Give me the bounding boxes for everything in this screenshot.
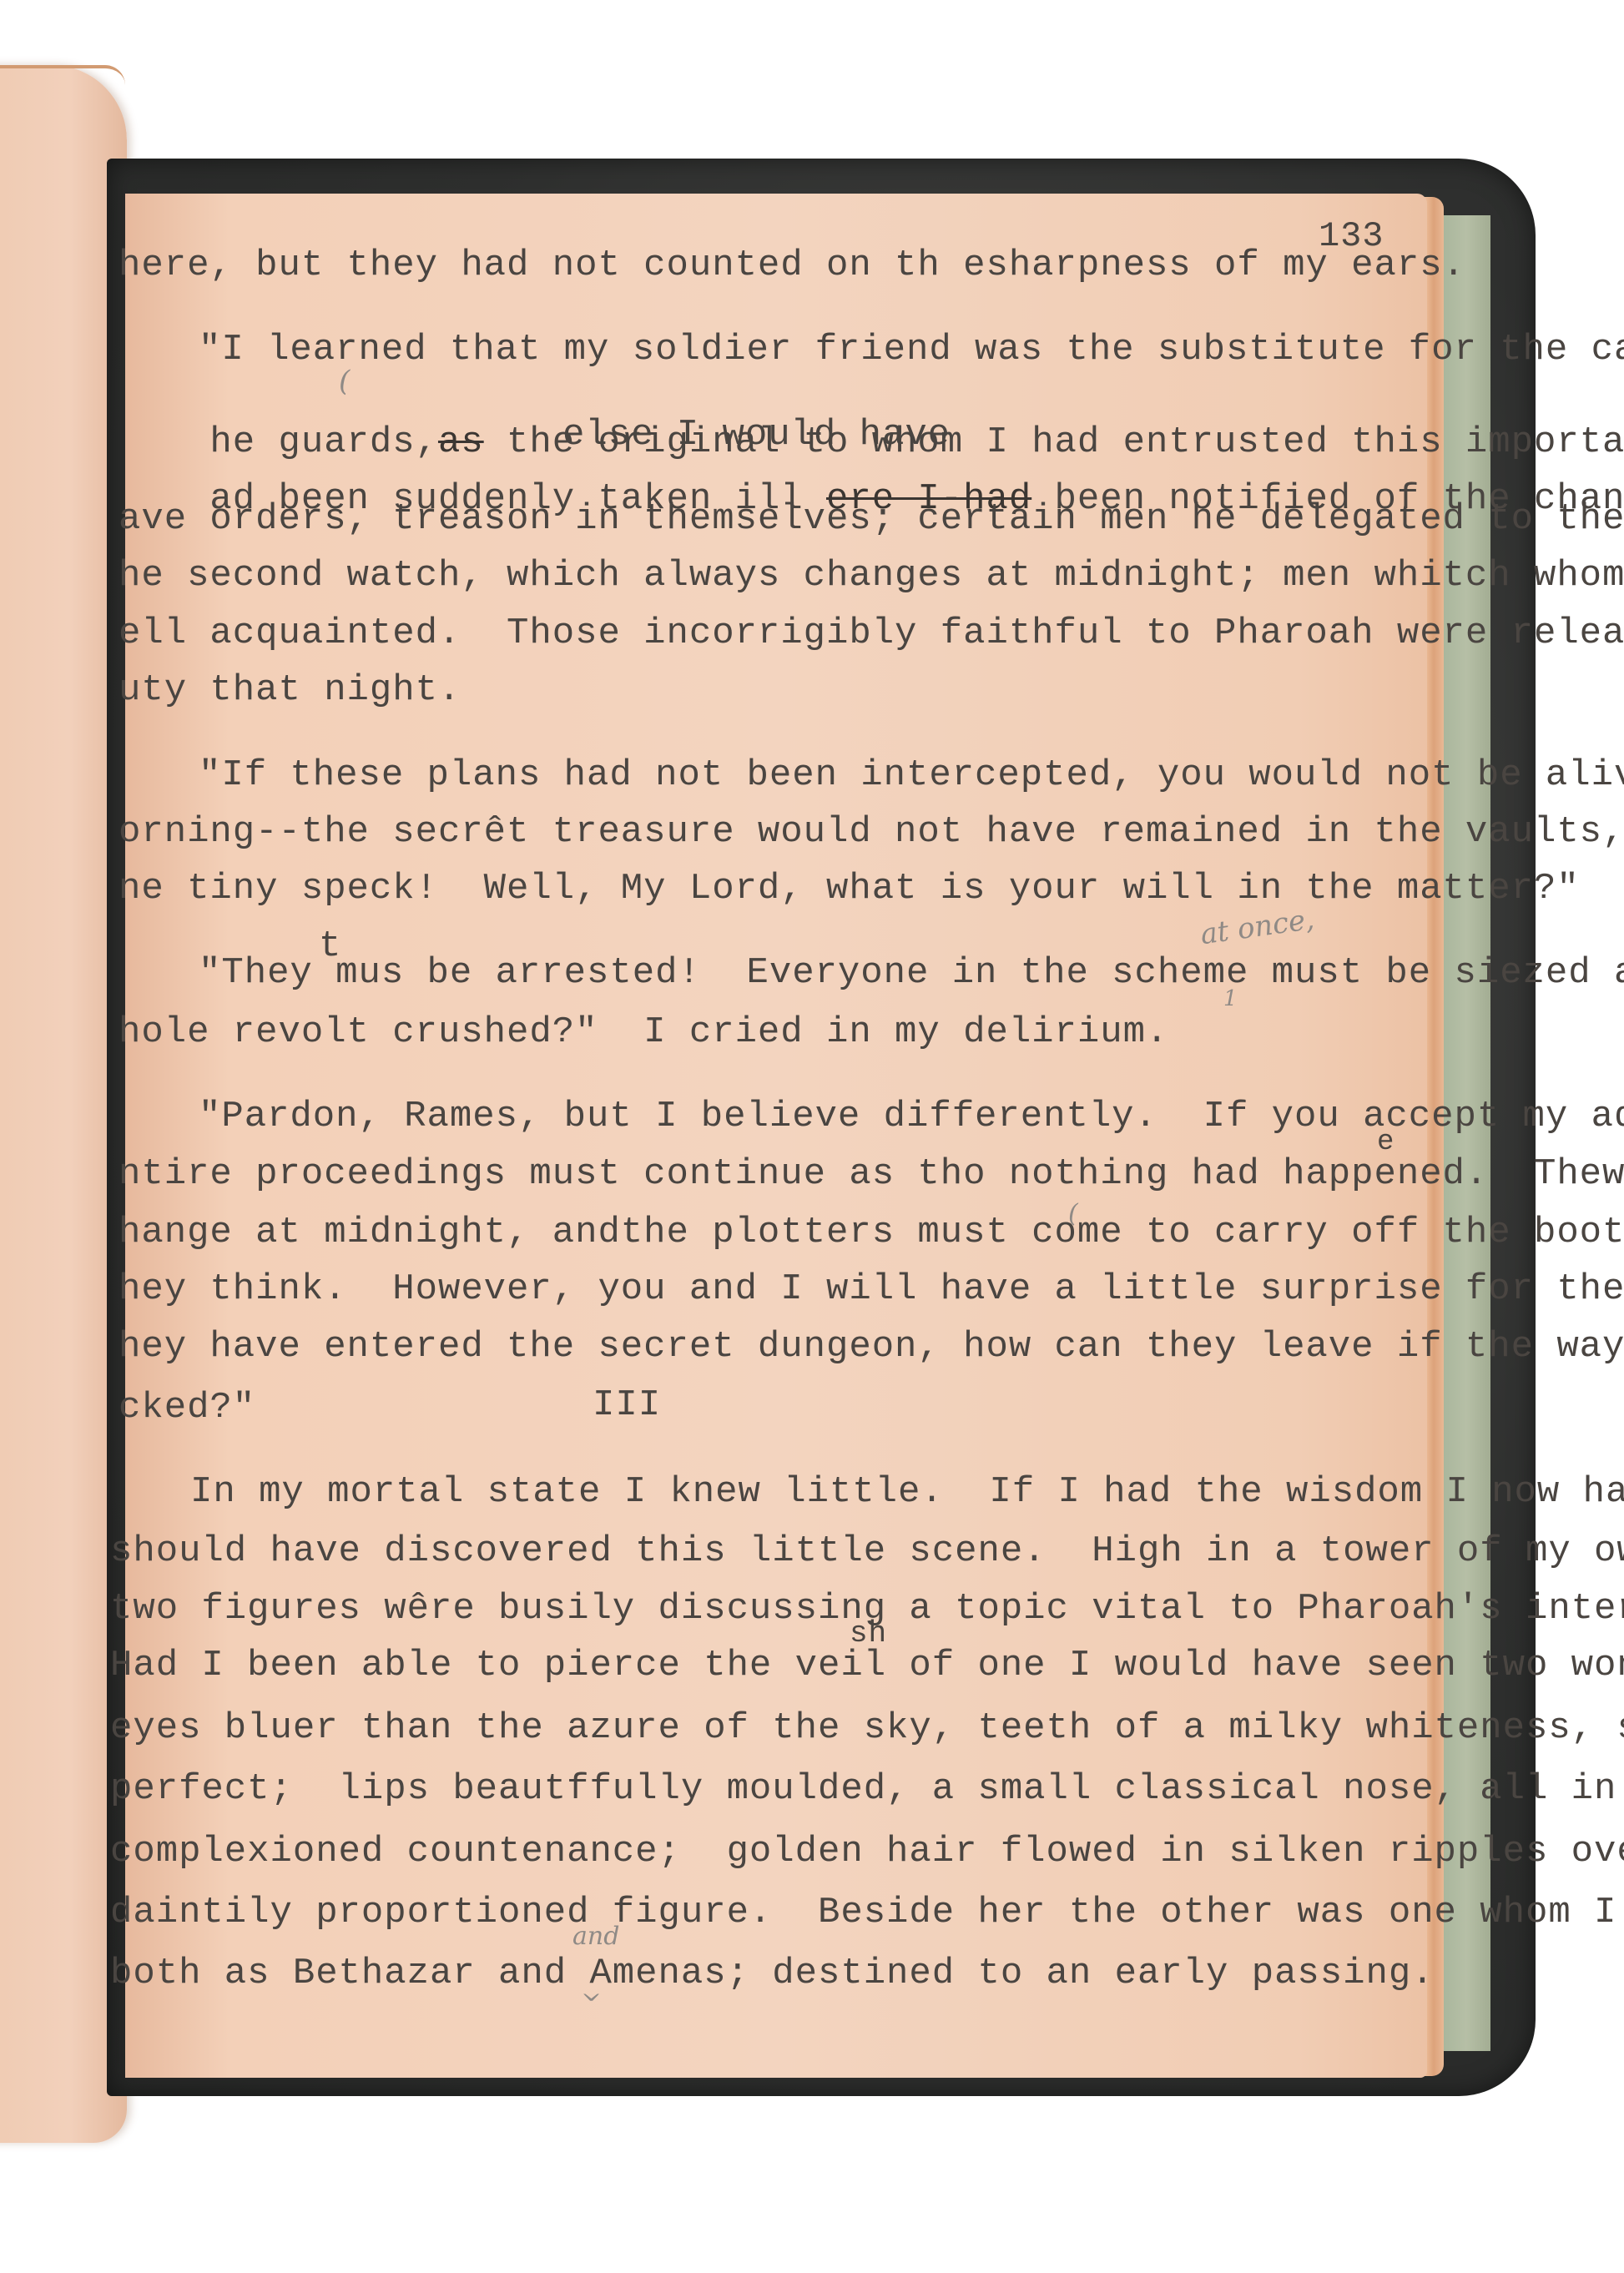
section-heading: III: [593, 1387, 661, 1424]
pencil-caret: 1: [1223, 988, 1238, 1010]
text-line: "They mus be arrested! Everyone in the s…: [199, 955, 1624, 991]
text-line: Had I been able to pierce the veil of on…: [110, 1647, 1624, 1684]
previous-page-edge: [0, 65, 125, 85]
text-line: hange at midnight, andthe plotters must …: [119, 1214, 1624, 1251]
manuscript-page: 133 here, but they had not counted on th…: [125, 194, 1427, 2078]
text-line: should have discovered this little scene…: [110, 1533, 1624, 1570]
text-line: ell acquainted. Those incorrigibly faith…: [119, 615, 1624, 652]
text-line: both as Bethazar and Amenas; destined to…: [110, 1955, 1435, 1992]
text-line: daintily proportioned figure. Beside her…: [110, 1894, 1624, 1931]
text-line: here, but they had not counted on th esh…: [119, 247, 1465, 284]
text-line: ne tiny speck! Well, My Lord, what is yo…: [119, 870, 1580, 907]
pencil-mark: (: [1068, 1202, 1078, 1227]
text-line: hey think. However, you and I will have …: [119, 1271, 1624, 1308]
text-line: "Pardon, Rames, but I believe differentl…: [199, 1098, 1624, 1135]
text-line: hey have entered the secret dungeon, how…: [119, 1328, 1624, 1365]
pencil-mark: (: [339, 367, 350, 396]
text-line: ave orders, treason in themselves; certa…: [119, 501, 1624, 537]
text-line: he second watch, which always changes at…: [119, 557, 1624, 594]
text-line: orning--the secrêt treasure would not ha…: [119, 814, 1624, 850]
pencil-insertion: and: [572, 1924, 619, 1949]
text-line: eyes bluer than the azure of the sky, te…: [110, 1710, 1624, 1746]
text-line: perfect; lips beautffully moulded, a sma…: [110, 1771, 1624, 1807]
text-line: complexioned countenance; golden hair fl…: [110, 1833, 1624, 1870]
pencil-insertion: at once,: [1198, 905, 1315, 950]
text-line: uty that night.: [119, 672, 461, 708]
text-line: cked?": [119, 1389, 255, 1426]
text-line: In my mortal state I knew little. If I h…: [190, 1474, 1624, 1510]
text-line: hole revolt crushed?" I cried in my deli…: [119, 1014, 1168, 1051]
text-line: ntire proceedings must continue as tho n…: [119, 1156, 1624, 1192]
interlinear-insertion: e: [1377, 1128, 1395, 1157]
text-line: "I learned that my soldier friend was th…: [199, 331, 1624, 368]
text-line: "If these plans had not been intercepted…: [199, 757, 1624, 794]
